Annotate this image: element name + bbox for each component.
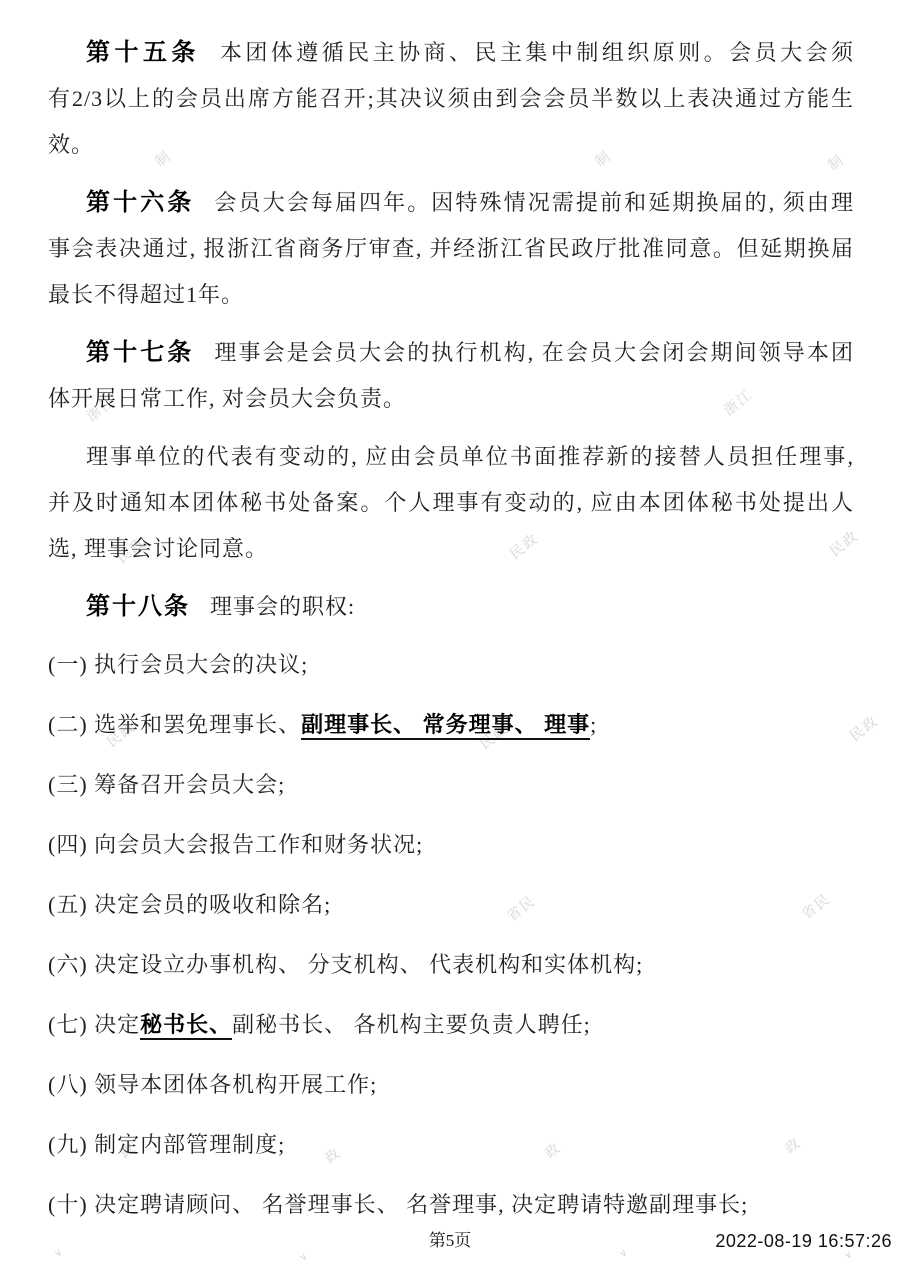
list-item: (十) 决定聘请顾问、 名誉理事长、 名誉理事, 决定聘请特邀副理事长; (48, 1182, 854, 1228)
text-run: 理事单位的代表有变动的, 应由会员单位书面推荐新的接替人员担任理事, (86, 444, 854, 469)
text-run: 理事会的职权: (210, 594, 355, 619)
list-item: (九) 制定内部管理制度; (48, 1122, 854, 1168)
article-number: 第十八条 (86, 594, 190, 620)
text-run: (二) 选举和罢免理事长、 (48, 712, 301, 737)
text-run: (五) 决定会员的吸收和除名; (48, 892, 331, 917)
page-footer: 第5页 2022-08-19 16:57:26 (0, 1226, 900, 1260)
paragraph: 第十七条理事会是会员大会的执行机构, 在会员大会闭会期间领导本团体开展日常工作,… (48, 330, 854, 422)
article-number: 第十五条 (86, 40, 200, 66)
text-line: 选, 理事会讨论同意。 (48, 526, 854, 572)
document-body: 第十五条本团体遵循民主协商、民主集中制组织原则。会员大会须有2/3以上的会员出席… (48, 30, 854, 1242)
text-line: (一) 执行会员大会的决议; (48, 642, 854, 688)
text-line: 第十八条理事会的职权: (48, 584, 854, 630)
text-run: 效。 (48, 132, 94, 157)
text-run: 本团体遵循民主协商、民主集中制组织原则。会员大会须 (220, 40, 854, 65)
text-run: 选, 理事会讨论同意。 (48, 536, 268, 561)
text-line: 并及时通知本团体秘书处备案。个人理事有变动的, 应由本团体秘书处提出人 (48, 480, 854, 526)
bold-underlined-text: 秘书长、 (140, 1012, 232, 1040)
text-line: 效。 (48, 122, 854, 168)
text-run: (八) 领导本团体各机构开展工作; (48, 1072, 377, 1097)
document-page: 制制制浙江浙江民政民政民政民政民政民政省民省民政政政政∨∨∨∨ 第十五条本团体遵… (0, 0, 900, 1271)
list-item: (四) 向会员大会报告工作和财务状况; (48, 822, 854, 868)
text-line: (二) 选举和罢免理事长、副理事长、 常务理事、 理事; (48, 702, 854, 748)
text-line: 第十七条理事会是会员大会的执行机构, 在会员大会闭会期间领导本团 (48, 330, 854, 376)
text-line: 最长不得超过1年。 (48, 272, 854, 318)
text-run: 副秘书长、 各机构主要负责人聘任; (232, 1012, 591, 1037)
text-line: 有2/3以上的会员出席方能召开;其决议须由到会会员半数以上表决通过方能生 (48, 76, 854, 122)
paragraph: 第十五条本团体遵循民主协商、民主集中制组织原则。会员大会须有2/3以上的会员出席… (48, 30, 854, 168)
text-run: 理事会是会员大会的执行机构, 在会员大会闭会期间领导本团 (214, 340, 854, 365)
list-item: (五) 决定会员的吸收和除名; (48, 882, 854, 928)
text-line: (五) 决定会员的吸收和除名; (48, 882, 854, 928)
article-number: 第十六条 (86, 190, 194, 216)
text-line: 体开展日常工作, 对会员大会负责。 (48, 376, 854, 422)
text-run: 会员大会每届四年。因特殊情况需提前和延期换届的, 须由理 (214, 190, 854, 215)
text-line: 事会表决通过, 报浙江省商务厅审查, 并经浙江省民政厅批准同意。但延期换届 (48, 226, 854, 272)
list-item: (八) 领导本团体各机构开展工作; (48, 1062, 854, 1108)
list-item: (六) 决定设立办事机构、 分支机构、 代表机构和实体机构; (48, 942, 854, 988)
text-line: (六) 决定设立办事机构、 分支机构、 代表机构和实体机构; (48, 942, 854, 988)
text-run: ; (590, 712, 597, 737)
text-run: (三) 筹备召开会员大会; (48, 772, 285, 797)
text-run: (七) 决定 (48, 1012, 140, 1037)
text-line: (十) 决定聘请顾问、 名誉理事长、 名誉理事, 决定聘请特邀副理事长; (48, 1182, 854, 1228)
list-item: (三) 筹备召开会员大会; (48, 762, 854, 808)
text-run: (十) 决定聘请顾问、 名誉理事长、 名誉理事, 决定聘请特邀副理事长; (48, 1192, 748, 1217)
text-run: (一) 执行会员大会的决议; (48, 652, 308, 677)
text-run: 有2/3以上的会员出席方能召开;其决议须由到会会员半数以上表决通过方能生 (48, 86, 854, 111)
list-item: (一) 执行会员大会的决议; (48, 642, 854, 688)
text-run: (九) 制定内部管理制度; (48, 1132, 285, 1157)
paragraph: 第十六条会员大会每届四年。因特殊情况需提前和延期换届的, 须由理事会表决通过, … (48, 180, 854, 318)
text-run: 事会表决通过, 报浙江省商务厅审查, 并经浙江省民政厅批准同意。但延期换届 (48, 236, 854, 261)
text-line: 第十六条会员大会每届四年。因特殊情况需提前和延期换届的, 须由理 (48, 180, 854, 226)
list-item: (二) 选举和罢免理事长、副理事长、 常务理事、 理事; (48, 702, 854, 748)
paragraph: 理事单位的代表有变动的, 应由会员单位书面推荐新的接替人员担任理事,并及时通知本… (48, 434, 854, 572)
text-line: 理事单位的代表有变动的, 应由会员单位书面推荐新的接替人员担任理事, (48, 434, 854, 480)
text-line: (八) 领导本团体各机构开展工作; (48, 1062, 854, 1108)
article-number: 第十七条 (86, 340, 194, 366)
text-run: 并及时通知本团体秘书处备案。个人理事有变动的, 应由本团体秘书处提出人 (48, 490, 854, 515)
text-line: (四) 向会员大会报告工作和财务状况; (48, 822, 854, 868)
text-run: (六) 决定设立办事机构、 分支机构、 代表机构和实体机构; (48, 952, 643, 977)
bold-underlined-text: 副理事长、 常务理事、 理事 (301, 712, 590, 740)
text-line: (七) 决定秘书长、副秘书长、 各机构主要负责人聘任; (48, 1002, 854, 1048)
list-item: (七) 决定秘书长、副秘书长、 各机构主要负责人聘任; (48, 1002, 854, 1048)
text-run: 最长不得超过1年。 (48, 282, 244, 307)
timestamp: 2022-08-19 16:57:26 (715, 1226, 892, 1256)
text-line: (三) 筹备召开会员大会; (48, 762, 854, 808)
text-line: 第十五条本团体遵循民主协商、民主集中制组织原则。会员大会须 (48, 30, 854, 76)
text-run: (四) 向会员大会报告工作和财务状况; (48, 832, 423, 857)
paragraph: 第十八条理事会的职权: (48, 584, 854, 630)
text-run: 体开展日常工作, 对会员大会负责。 (48, 386, 406, 411)
text-line: (九) 制定内部管理制度; (48, 1122, 854, 1168)
